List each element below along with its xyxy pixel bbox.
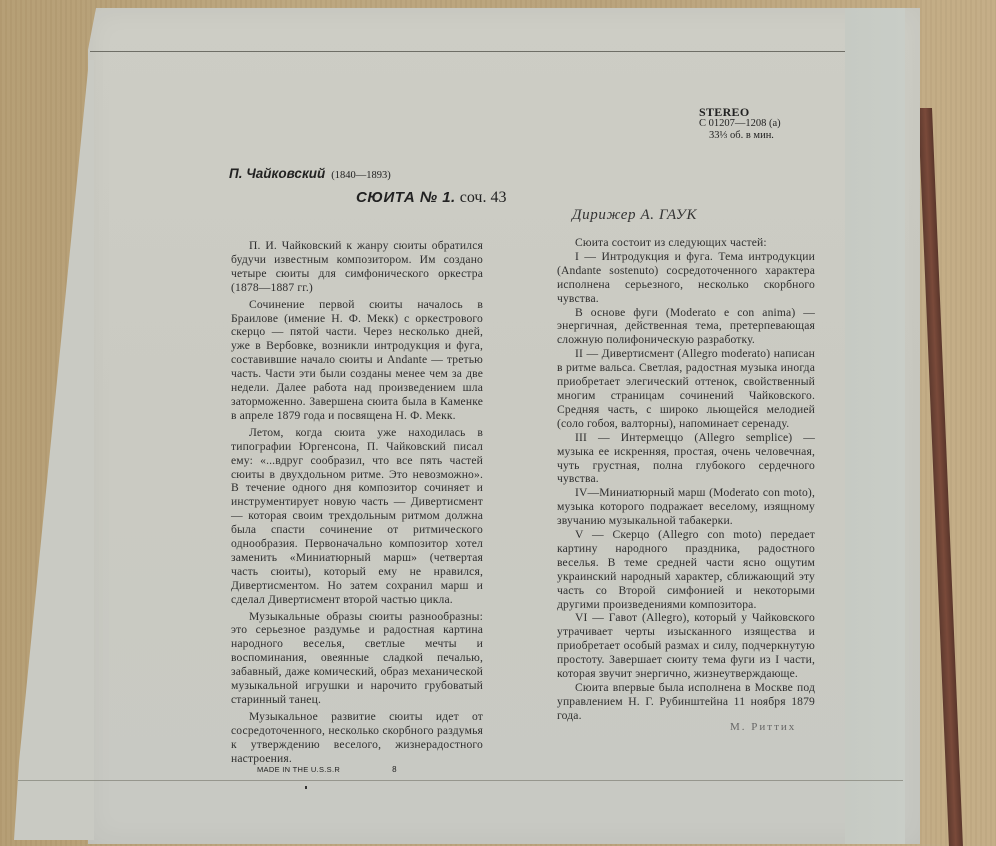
- stereo-label: STEREO: [699, 106, 781, 118]
- composer-name: П. Чайковский: [229, 166, 325, 181]
- paragraph: IV—Миниатюрный марш (Moderato con moto),…: [557, 486, 815, 528]
- print-mark: [305, 786, 307, 789]
- paragraph: В основе фуги (Moderato e con anima) — э…: [557, 306, 815, 348]
- paragraph: III — Интермеццо (Allegro semplice) — му…: [557, 431, 815, 487]
- bottom-fold-line: [18, 780, 903, 781]
- paragraph: I — Интродукция и фуга. Тема интродукции…: [557, 250, 815, 306]
- footer: MADE IN THE U.S.S.R8: [257, 765, 397, 774]
- composer-line: П. Чайковский(1840—1893): [229, 166, 391, 181]
- playback-speed: 33⅓ об. в мин.: [699, 130, 781, 142]
- made-in-label: MADE IN THE U.S.S.R: [257, 765, 340, 774]
- top-fold-line: [90, 51, 845, 52]
- catalog-info: STEREO С 01207—1208 (а) 33⅓ об. в мин.: [699, 106, 781, 142]
- paragraph: Сочинение первой сюиты началось в Браило…: [231, 298, 483, 423]
- work-title: СЮИТА № 1.соч. 43: [356, 187, 506, 207]
- composer-years: (1840—1893): [331, 170, 391, 181]
- conductor: Дирижер А. ГАУК: [572, 207, 697, 224]
- paragraph: Музыкальные образы сюиты разнообразны: э…: [231, 610, 483, 707]
- paragraph: V — Скерцо (Allegro con moto) передает к…: [557, 528, 815, 611]
- paragraph: VI — Гавот (Allegro), который у Чайковск…: [557, 611, 815, 681]
- liner-notes-right-column: Сюита состоит из следующих частей: I — И…: [557, 236, 815, 723]
- paragraph: Сюита впервые была исполнена в Москве по…: [557, 681, 815, 723]
- paragraph: II — Дивертисмент (Allegro moderato) нап…: [557, 347, 815, 430]
- jacket-right-flap: [845, 8, 905, 844]
- catalog-number: С 01207—1208 (а): [699, 118, 781, 130]
- liner-notes-left-column: П. И. Чайковский к жанру сюиты обратился…: [231, 239, 483, 766]
- paragraph: П. И. Чайковский к жанру сюиты обратился…: [231, 239, 483, 295]
- paragraph: Сюита состоит из следующих частей:: [557, 236, 815, 250]
- paragraph: Музыкальное развитие сюиты идет от сосре…: [231, 710, 483, 766]
- work-opus: соч. 43: [460, 189, 507, 206]
- work-name: СЮИТА № 1.: [356, 189, 456, 206]
- paragraph: Летом, когда сюита уже находилась в типо…: [231, 426, 483, 607]
- print-code: 8: [392, 765, 397, 774]
- author-signature: М. Риттих: [730, 721, 796, 733]
